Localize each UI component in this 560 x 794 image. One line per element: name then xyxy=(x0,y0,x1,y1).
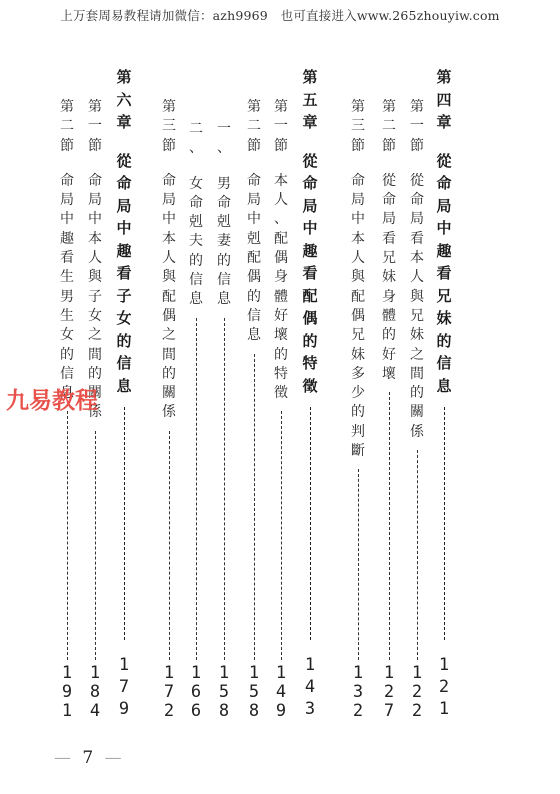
toc-title-char: 命 xyxy=(116,176,131,199)
page-digit: 2 xyxy=(353,702,363,721)
dot-leader xyxy=(389,392,390,660)
toc-label-char: 節 xyxy=(60,139,74,158)
toc-title-char: 間 xyxy=(162,348,176,367)
toc-label-char: 一 xyxy=(88,119,102,138)
toc-title-char: 人 xyxy=(162,251,176,270)
toc-title: 從命局看兄妹身體的好壞 xyxy=(382,174,396,386)
page-digit: 1 xyxy=(353,664,363,683)
toc-title-char: 的 xyxy=(302,334,317,357)
toc-title-char: 判 xyxy=(351,425,365,444)
dot-leader xyxy=(169,431,170,660)
toc-title-char: 局 xyxy=(351,193,365,212)
page-number: 7 xyxy=(82,748,93,768)
toc-label-char: 第 xyxy=(162,100,176,119)
page-digit: 1 xyxy=(191,664,201,683)
toc-label-char: 第 xyxy=(410,100,424,119)
toc-label-char: 章 xyxy=(302,115,317,138)
folio-dash-left: — xyxy=(54,748,71,768)
watermark-logo: 九易教程 xyxy=(6,382,98,415)
toc-title-char: 局 xyxy=(88,193,102,212)
toc-title-char: 與 xyxy=(162,270,176,289)
toc-title-char: 信 xyxy=(116,356,131,379)
dot-leader xyxy=(196,318,197,660)
toc-label-char: 六 xyxy=(116,93,131,116)
page-digit: 8 xyxy=(90,683,100,702)
toc-title-char: 偶 xyxy=(302,311,317,334)
toc-title-char: 體 xyxy=(274,290,288,309)
toc-title-char: 配 xyxy=(302,289,317,312)
toc-title-char: 少 xyxy=(351,386,365,405)
toc-title-char: 從 xyxy=(382,174,396,193)
toc-title-char: 命 xyxy=(162,174,176,193)
toc-page-number: 143 xyxy=(299,656,321,722)
dot-leader xyxy=(95,431,96,660)
toc-title-char: 命 xyxy=(351,174,365,193)
toc-title-char: 的 xyxy=(274,348,288,367)
toc-title-char: 女 xyxy=(60,328,74,347)
toc-title-char: 從 xyxy=(436,154,451,177)
toc-label-char: 節 xyxy=(382,139,396,158)
toc-label-char: 二 xyxy=(247,119,261,138)
toc-title-char: 的 xyxy=(410,386,424,405)
toc-label-char: 二 xyxy=(60,119,74,138)
toc-title-char: 人 xyxy=(351,251,365,270)
toc-title-char: 特 xyxy=(274,367,288,386)
toc-title-char: 係 xyxy=(162,405,176,424)
page-digit: 6 xyxy=(191,683,201,702)
toc-title-char: 看 xyxy=(302,266,317,289)
page-digit: 1 xyxy=(305,656,315,678)
toc-entry-chapter[interactable]: 第四章從命局中趣看兄妹的信息 xyxy=(433,70,455,640)
toc-title-char: 男 xyxy=(217,177,231,196)
toc-title-char: 的 xyxy=(436,334,451,357)
toc-label-char: 節 xyxy=(410,139,424,158)
toc-title-char: 局 xyxy=(60,193,74,212)
toc-title-char: 與 xyxy=(410,290,424,309)
toc-title-char: 中 xyxy=(60,212,74,231)
toc-title-char: 之 xyxy=(88,328,102,347)
toc-title-char: 女 xyxy=(88,309,102,328)
toc-title-char: 中 xyxy=(436,221,451,244)
toc-entry-subitem[interactable]: 一、男命剋妻的信息 xyxy=(213,122,235,660)
toc-entry-section[interactable]: 第二節命局中剋配偶的信息 xyxy=(243,100,265,660)
page-digit: 9 xyxy=(119,700,129,722)
toc-title-char: 信 xyxy=(189,273,203,292)
toc-page-number: 191 xyxy=(56,664,78,721)
toc-title: 從命局中趣看子女的信息 xyxy=(116,154,131,402)
page-digit: 4 xyxy=(90,702,100,721)
toc-entry-section[interactable]: 第二節命局中趣看生男生女的信息 xyxy=(56,100,78,660)
toc-title-char: 看 xyxy=(436,266,451,289)
toc-title-char: 命 xyxy=(189,196,203,215)
toc-title-char: 兄 xyxy=(382,251,396,270)
toc-label-char: 第 xyxy=(436,70,451,93)
toc-title-char: 子 xyxy=(116,289,131,312)
toc-entry-chapter[interactable]: 第五章從命局中趣看配偶的特徵 xyxy=(299,70,321,640)
toc-title-char: 命 xyxy=(247,174,261,193)
toc-label-char: 第 xyxy=(60,100,74,119)
toc-label-char: 第 xyxy=(382,100,396,119)
toc-title-char: 多 xyxy=(351,367,365,386)
toc-title-char: 中 xyxy=(88,212,102,231)
toc-title-char: 妹 xyxy=(436,311,451,334)
toc-title-char: 息 xyxy=(247,328,261,347)
toc-title-char: 兄 xyxy=(351,328,365,347)
toc-label: 第四章 xyxy=(436,70,451,138)
toc-title-char: 的 xyxy=(351,405,365,424)
toc-title: 從命局中趣看兄妹的信息 xyxy=(436,154,451,402)
toc-title-char: 的 xyxy=(60,348,74,367)
toc-title-char: 偶 xyxy=(351,309,365,328)
page-digit: 9 xyxy=(62,683,72,702)
page-digit: 2 xyxy=(164,702,174,721)
toc-page-number: 122 xyxy=(406,664,428,721)
toc-page-number: 179 xyxy=(113,656,135,722)
toc-title-char: 偶 xyxy=(247,270,261,289)
dot-leader xyxy=(310,407,311,640)
page-digit: 3 xyxy=(305,700,315,722)
toc-label-char: 三 xyxy=(351,119,365,138)
toc-entry-section[interactable]: 第一節命局中本人與子女之間的關係 xyxy=(84,100,106,660)
toc-label-char: 第 xyxy=(351,100,365,119)
toc-title-char: 趣 xyxy=(436,244,451,267)
toc-title-char: 徵 xyxy=(302,379,317,402)
page-digit: 7 xyxy=(164,683,174,702)
toc-title-char: 趣 xyxy=(116,244,131,267)
toc-entry-section[interactable]: 第一節從命局看本人與兄妹之間的關係 xyxy=(406,100,428,660)
toc-label-char: 、 xyxy=(217,141,231,160)
toc-title: 女命剋夫的信息 xyxy=(189,177,203,312)
toc-title-char: 命 xyxy=(302,176,317,199)
toc-label-char: 二 xyxy=(382,119,396,138)
toc-title: 從命局看本人與兄妹之間的關係 xyxy=(410,174,424,444)
toc-title-char: 間 xyxy=(88,348,102,367)
toc-title-char: 妻 xyxy=(217,234,231,253)
toc-title-char: 本 xyxy=(88,232,102,251)
toc-title-char: 妹 xyxy=(410,328,424,347)
toc-title-char: 妹 xyxy=(382,270,396,289)
toc-title-char: 生 xyxy=(60,270,74,289)
toc-title-char: 看 xyxy=(116,266,131,289)
toc-label-char: 第 xyxy=(274,100,288,119)
promo-banner: 上万套周易教程请加微信：azh9969 也可直接进入www.265zhouyiw… xyxy=(0,6,560,24)
toc-title-char: 的 xyxy=(247,290,261,309)
toc-title-char: 本 xyxy=(162,232,176,251)
toc-title-char: 信 xyxy=(217,273,231,292)
toc-entry-chapter[interactable]: 第六章從命局中趣看子女的信息 xyxy=(113,70,135,640)
toc-title-char: 從 xyxy=(410,174,424,193)
toc-label-char: 章 xyxy=(436,115,451,138)
toc-title-char: 命 xyxy=(60,174,74,193)
toc-entry-section[interactable]: 第三節命局中本人與配偶兄妹多少的判斷 xyxy=(347,100,369,660)
toc-label-char: 五 xyxy=(302,93,317,116)
toc-title: 本人、配偶身體好壞的特徵 xyxy=(274,174,288,406)
toc-title-char: 局 xyxy=(162,193,176,212)
toc-title-char: 間 xyxy=(410,367,424,386)
toc-title-char: 配 xyxy=(274,232,288,251)
toc-title-char: 本 xyxy=(351,232,365,251)
page-digit: 1 xyxy=(384,664,394,683)
toc-label: 第一節 xyxy=(88,100,102,158)
toc-label-char: 節 xyxy=(351,139,365,158)
toc-title-char: 男 xyxy=(60,290,74,309)
toc-title-char: 好 xyxy=(274,309,288,328)
page-digit: 1 xyxy=(412,664,422,683)
page-digit: 1 xyxy=(219,664,229,683)
page-digit: 1 xyxy=(249,664,259,683)
toc-label-char: 三 xyxy=(162,119,176,138)
toc-title: 男命剋妻的信息 xyxy=(217,177,231,312)
toc-label-char: 二 xyxy=(189,122,203,141)
toc-label-char: 第 xyxy=(247,100,261,119)
page-digit: 5 xyxy=(219,683,229,702)
dot-leader xyxy=(417,450,418,660)
toc-title-char: 配 xyxy=(351,290,365,309)
toc-title-char: 人 xyxy=(410,270,424,289)
toc-title-char: 命 xyxy=(436,176,451,199)
toc-title-char: 關 xyxy=(410,405,424,424)
toc-title-char: 趣 xyxy=(60,232,74,251)
toc-entry-subitem[interactable]: 二、女命剋夫的信息 xyxy=(185,122,207,660)
toc-label: 第三節 xyxy=(351,100,365,158)
toc-label-char: 節 xyxy=(162,139,176,158)
toc-label: 第一節 xyxy=(410,100,424,158)
toc-label: 第二節 xyxy=(247,100,261,158)
toc-page-number: 149 xyxy=(270,664,292,721)
toc-label: 第二節 xyxy=(382,100,396,158)
toc-title-char: 偶 xyxy=(274,251,288,270)
toc-title-char: 中 xyxy=(302,221,317,244)
toc-label-char: 第 xyxy=(302,70,317,93)
page-digit: 2 xyxy=(439,678,449,700)
toc-title-char: 特 xyxy=(302,356,317,379)
toc-title-char: 身 xyxy=(274,270,288,289)
toc-label: 二、 xyxy=(189,122,203,161)
toc-page-number: 158 xyxy=(243,664,265,721)
page-digit: 7 xyxy=(384,702,394,721)
page-digit: 1 xyxy=(439,700,449,722)
dot-leader xyxy=(444,407,445,640)
page-digit: 1 xyxy=(62,664,72,683)
toc-label-char: 、 xyxy=(189,141,203,160)
toc-label-char: 第 xyxy=(88,100,102,119)
page-digit: 2 xyxy=(412,702,422,721)
toc-label-char: 章 xyxy=(116,115,131,138)
toc-label-char: 節 xyxy=(88,139,102,158)
toc-title-char: 中 xyxy=(247,212,261,231)
toc-title-char: 中 xyxy=(162,212,176,231)
toc-title-char: 從 xyxy=(302,154,317,177)
toc-title-char: 夫 xyxy=(189,234,203,253)
toc-title-char: 的 xyxy=(162,367,176,386)
page-digit: 5 xyxy=(249,683,259,702)
page-digit: 8 xyxy=(249,702,259,721)
toc-label: 第二節 xyxy=(60,100,74,158)
toc-label-char: 四 xyxy=(436,93,451,116)
toc-title-char: 命 xyxy=(88,174,102,193)
toc-page-number: 127 xyxy=(378,664,400,721)
toc-title-char: 女 xyxy=(116,311,131,334)
toc-entry-section[interactable]: 第三節命局中本人與配偶之間的關係 xyxy=(158,100,180,660)
toc-title-char: 的 xyxy=(382,328,396,347)
toc-title-char: 局 xyxy=(382,212,396,231)
toc-title-char: 信 xyxy=(247,309,261,328)
toc-title-char: 女 xyxy=(189,177,203,196)
toc-title-char: 的 xyxy=(217,254,231,273)
toc-title: 命局中本人與配偶之間的關係 xyxy=(162,174,176,425)
toc-title-char: 壞 xyxy=(274,328,288,347)
toc-title-char: 子 xyxy=(88,290,102,309)
toc-label-char: 節 xyxy=(274,139,288,158)
toc-title: 命局中剋配偶的信息 xyxy=(247,174,261,348)
toc-title-char: 之 xyxy=(410,348,424,367)
toc-title-char: 局 xyxy=(302,199,317,222)
toc-label-char: 一 xyxy=(217,122,231,141)
toc-label-char: 一 xyxy=(410,119,424,138)
toc-title-char: 局 xyxy=(247,193,261,212)
toc-page-number: 184 xyxy=(84,664,106,721)
page-digit: 1 xyxy=(164,664,174,683)
toc-title-char: 配 xyxy=(162,290,176,309)
page-digit: 6 xyxy=(191,702,201,721)
toc-title-char: 命 xyxy=(410,193,424,212)
toc-title-char: 息 xyxy=(116,379,131,402)
page-digit: 1 xyxy=(439,656,449,678)
toc-title-char: 的 xyxy=(116,334,131,357)
toc-title-char: 趣 xyxy=(302,244,317,267)
toc-title-char: 本 xyxy=(274,174,288,193)
dot-leader xyxy=(224,318,225,660)
toc-label: 第五章 xyxy=(302,70,317,138)
page-digit: 2 xyxy=(412,683,422,702)
toc-page-number: 121 xyxy=(433,656,455,722)
page-digit: 3 xyxy=(353,683,363,702)
dot-leader xyxy=(67,411,68,660)
page-digit: 4 xyxy=(305,678,315,700)
toc-title-char: 局 xyxy=(410,212,424,231)
toc-title-char: 看 xyxy=(60,251,74,270)
toc-title-char: 徵 xyxy=(274,386,288,405)
toc-title: 命局中本人與配偶兄妹多少的判斷 xyxy=(351,174,365,463)
toc-title-char: 剋 xyxy=(217,215,231,234)
toc-title-char: 息 xyxy=(436,379,451,402)
page-digit: 2 xyxy=(384,683,394,702)
page-digit: 9 xyxy=(276,702,286,721)
page-digit: 1 xyxy=(276,664,286,683)
toc-entry-section[interactable]: 第一節本人、配偶身體好壞的特徵 xyxy=(270,100,292,660)
toc-title-char: 局 xyxy=(436,199,451,222)
toc-title-char: 的 xyxy=(189,254,203,273)
dot-leader xyxy=(281,411,282,660)
page-digit: 4 xyxy=(276,683,286,702)
page-digit: 1 xyxy=(119,656,129,678)
toc-title: 從命局中趣看配偶的特徵 xyxy=(302,154,317,402)
toc-label: 一、 xyxy=(217,122,231,161)
toc-title-char: 之 xyxy=(162,328,176,347)
dot-leader xyxy=(358,469,359,660)
toc-title-char: 偶 xyxy=(162,309,176,328)
toc-title-char: 體 xyxy=(382,309,396,328)
toc-page-number: 166 xyxy=(185,664,207,721)
toc-label: 第三節 xyxy=(162,100,176,158)
toc-title-char: 配 xyxy=(247,251,261,270)
toc-title-char: 與 xyxy=(351,270,365,289)
toc-title-char: 命 xyxy=(217,196,231,215)
toc-title-char: 兄 xyxy=(436,289,451,312)
toc-page-number: 158 xyxy=(213,664,235,721)
toc-page-number: 132 xyxy=(347,664,369,721)
toc-title-char: 局 xyxy=(116,199,131,222)
toc-page-number: 172 xyxy=(158,664,180,721)
folio-dash-right: — xyxy=(105,748,122,768)
toc-title-char: 關 xyxy=(162,386,176,405)
toc-label: 第一節 xyxy=(274,100,288,158)
toc-title-char: 好 xyxy=(382,348,396,367)
toc-title-char: 本 xyxy=(410,251,424,270)
toc-title-char: 係 xyxy=(410,425,424,444)
toc-title-char: 看 xyxy=(410,232,424,251)
toc-title-char: 息 xyxy=(189,292,203,311)
toc-title-char: 兄 xyxy=(410,309,424,328)
toc-title-char: 看 xyxy=(382,232,396,251)
page-digit: 1 xyxy=(90,664,100,683)
toc-label: 第六章 xyxy=(116,70,131,138)
page-digit: 1 xyxy=(62,702,72,721)
toc-title-char: 、 xyxy=(274,212,288,231)
toc-title-char: 妹 xyxy=(351,348,365,367)
toc-title-char: 剋 xyxy=(247,232,261,251)
page-folio: — 7 — xyxy=(48,748,128,768)
toc-title-char: 身 xyxy=(382,290,396,309)
toc-title-char: 斷 xyxy=(351,444,365,463)
dot-leader xyxy=(124,407,125,640)
toc-entry-section[interactable]: 第二節從命局看兄妹身體的好壞 xyxy=(378,100,400,660)
toc-title-char: 生 xyxy=(60,309,74,328)
toc-label-char: 節 xyxy=(247,139,261,158)
toc-title-char: 人 xyxy=(274,193,288,212)
toc-label-char: 一 xyxy=(274,119,288,138)
page-digit: 7 xyxy=(119,678,129,700)
page-digit: 8 xyxy=(219,702,229,721)
toc-title-char: 中 xyxy=(351,212,365,231)
toc-title-char: 壞 xyxy=(382,367,396,386)
toc-title: 命局中趣看生男生女的信息 xyxy=(60,174,74,406)
dot-leader xyxy=(254,354,255,660)
toc-title-char: 中 xyxy=(116,221,131,244)
toc-label-char: 第 xyxy=(116,70,131,93)
toc-title-char: 從 xyxy=(116,154,131,177)
toc-title-char: 人 xyxy=(88,251,102,270)
toc-title-char: 信 xyxy=(436,356,451,379)
toc-title-char: 命 xyxy=(382,193,396,212)
toc-title-char: 剋 xyxy=(189,215,203,234)
toc-title-char: 與 xyxy=(88,270,102,289)
toc-title-char: 息 xyxy=(217,292,231,311)
